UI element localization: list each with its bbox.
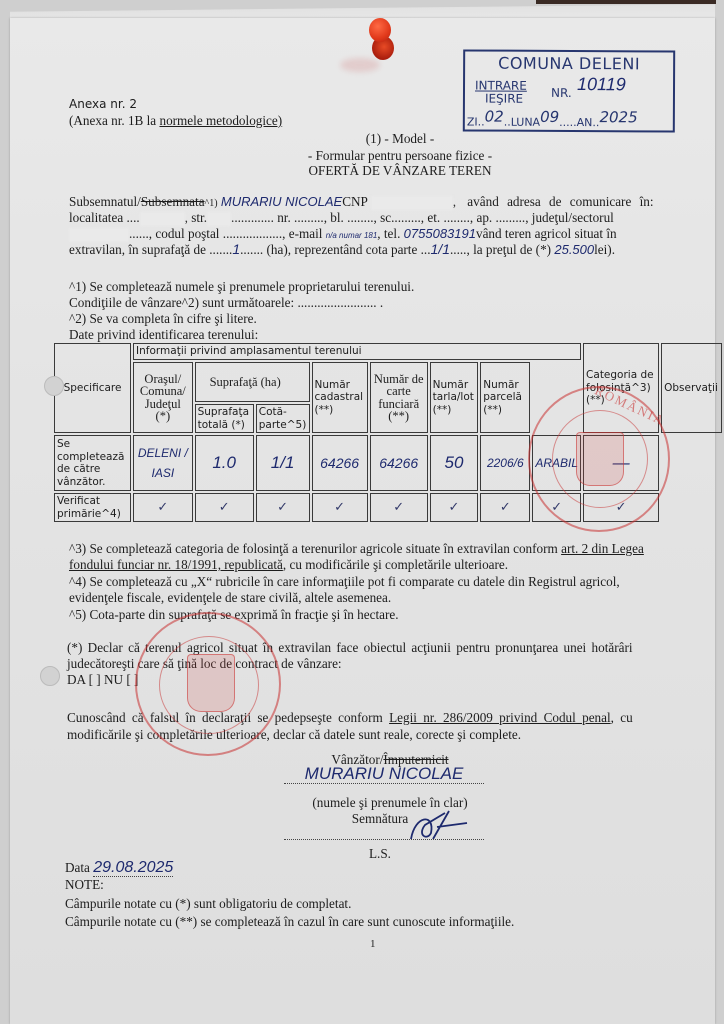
- share-field[interactable]: 1/1: [431, 241, 450, 257]
- nr-bl-labels: nr. ........., bl.: [277, 210, 344, 225]
- cell-oras[interactable]: DELENI / IASI: [133, 435, 193, 491]
- header-oras: Oraşul/ Comuna/ Judeţul (*): [133, 362, 193, 433]
- punch-hole: [40, 666, 60, 686]
- decl-address-intro: având adresa de comunicare în:: [467, 194, 653, 209]
- stamp-intrare: INTRARE: [475, 79, 527, 93]
- decl-subsemnatul: Subsemnatul/: [69, 194, 141, 209]
- decl-subsemnata-strike: Subsemnata: [141, 194, 205, 209]
- check-nr-carte-funciara[interactable]: ✓: [370, 493, 428, 522]
- punch-hole: [44, 376, 64, 396]
- street-label: , str.: [185, 210, 207, 225]
- check-suprafata-totala[interactable]: ✓: [195, 493, 254, 522]
- court-options-da-nu[interactable]: DA [ ] NU [ ]: [67, 672, 138, 688]
- area-label: extravilan, în suprafaţă de: [69, 242, 206, 257]
- seal-placeholder-ls: L.S.: [330, 846, 430, 862]
- note-required: Câmpurile notate cu (*) sunt obligatoriu…: [65, 896, 351, 912]
- header-nr-cadastral: Număr cadastral (**): [312, 362, 368, 433]
- annex-ref-link[interactable]: normele metodologice): [159, 113, 282, 128]
- penal-code-link[interactable]: Legii nr. 286/2009 privind Codul penal: [389, 710, 611, 725]
- header-location-group: Informaţii privind amplasamentul terenul…: [133, 343, 581, 360]
- note-footnote-4: ^4) Se completează cu „X“ rubricile în c…: [69, 574, 620, 590]
- stamp-luna-value: 09: [540, 108, 559, 126]
- date-field[interactable]: 29.08.2025: [93, 859, 173, 877]
- registry-stamp: COMUNA DELENI INTRARE IEŞIRE NR. 10119 Z…: [463, 49, 675, 132]
- note-3-law-link-cont[interactable]: fondului funciar nr. 18/1991, republicat…: [69, 557, 283, 572]
- check-nr-tarla[interactable]: ✓: [430, 493, 479, 522]
- et-label: , et.: [421, 210, 440, 225]
- stamp-iesire: IEŞIRE: [485, 92, 523, 106]
- date-label: Data: [65, 860, 90, 875]
- locality-label: localitatea: [69, 210, 123, 225]
- note-3-tail: , cu modificările şi completările ulteri…: [283, 557, 508, 572]
- signature-line: [284, 839, 484, 840]
- official-seal-table: ROMÂNIA: [528, 386, 670, 532]
- decl-footnote-1: ^1): [205, 198, 218, 209]
- annex-number: Anexa nr. 2: [69, 97, 137, 113]
- red-pushpin-icon: [368, 18, 394, 64]
- cell-suprafata-totala[interactable]: 1.0: [195, 435, 254, 491]
- phone-field[interactable]: 0755083191: [404, 226, 476, 241]
- page-title: OFERTĂ DE VÂNZARE TEREN: [270, 163, 530, 179]
- note-footnote-4-cont: evidenţele fiscale, evidenţele de stare …: [69, 590, 391, 606]
- note-footnote-1: ^1) Se completează numele şi prenumele p…: [69, 279, 414, 295]
- email-field[interactable]: n/a numar 181: [326, 231, 378, 240]
- form-type: - Formular pentru persoane fizice -: [270, 148, 530, 164]
- cnp-label: CNP: [342, 194, 367, 209]
- stamp-title: COMUNA DELENI: [465, 53, 673, 73]
- check-oras[interactable]: ✓: [133, 493, 193, 522]
- stamp-luna-label: LUNA: [511, 116, 540, 129]
- row-label: Se completează de către vânzător.: [54, 435, 131, 491]
- header-suprafata: Suprafaţă (ha): [195, 362, 310, 402]
- annex-reference: (Anexa nr. 1B la normele metodologice): [69, 113, 282, 129]
- currency-label: lei).: [594, 242, 615, 257]
- header-nr-carte-funciara: Număr de carte funciară (**): [370, 362, 428, 433]
- county-field-redacted[interactable]: [69, 228, 129, 242]
- note-optional: Câmpurile notate cu (**) se completează …: [65, 914, 514, 930]
- stamp-zi-label: ZI: [467, 115, 478, 128]
- stamp-nr-label: NR.: [551, 86, 572, 100]
- page-number: 1: [370, 937, 376, 953]
- stamp-date: ZI..02..LUNA09.....AN..2025: [467, 111, 638, 130]
- decl-sells-land: vând teren agricol situat în: [476, 226, 617, 241]
- header-observatii: Observaţii: [661, 343, 722, 433]
- seller-name-field[interactable]: MURARIU NICOLAE: [221, 194, 342, 209]
- cell-cota-parte[interactable]: 1/1: [256, 435, 310, 491]
- declaration-line-2: localitatea ...., str.............. nr. …: [69, 210, 614, 226]
- header-specificare: Specificare: [54, 343, 131, 433]
- price-field[interactable]: 25.500: [554, 242, 594, 257]
- declaration-line-3: ......, codul poştal ..................,…: [69, 226, 617, 244]
- header-nr-tarla: Număr tarla/lot (**): [430, 362, 479, 433]
- postal-code-label: , codul poştal: [149, 226, 220, 241]
- date-row: Data 29.08.2025: [65, 860, 173, 876]
- seller-name-line: MURARIU NICOLAE: [284, 766, 484, 784]
- cell-nr-tarla[interactable]: 50: [430, 435, 479, 491]
- seller-printed-name[interactable]: MURARIU NICOLAE: [305, 764, 464, 783]
- official-seal-declaration: [135, 612, 281, 756]
- note-3-text: ^3) Se completează categoria de folosinţ…: [69, 541, 561, 556]
- stamp-an-value: 2025: [599, 108, 637, 126]
- header-nr-parcela: Număr parcelă (**): [480, 362, 530, 433]
- note-footnote-2: ^2) Se va completa în cifre şi litere.: [69, 311, 257, 327]
- coat-of-arms-icon: [576, 432, 624, 486]
- stamp-zi-value: 02: [485, 108, 504, 126]
- phone-label: , tel.: [377, 226, 400, 241]
- stamp-an-label: AN: [577, 116, 593, 129]
- area-field[interactable]: 1: [232, 241, 240, 257]
- annex-ref-text: (Anexa nr. 1B la: [69, 113, 159, 128]
- model-label: (1) - Model -: [300, 131, 500, 147]
- check-nr-cadastral[interactable]: ✓: [312, 493, 368, 522]
- price-label: , la preţul de (*): [466, 242, 551, 257]
- locality-field-redacted[interactable]: [140, 212, 185, 226]
- sale-conditions: Condiţiile de vânzare^2) sunt următoarel…: [69, 295, 383, 311]
- email-label: , e-mail: [282, 226, 322, 241]
- check-cota-parte[interactable]: ✓: [256, 493, 310, 522]
- background-surface: [536, 0, 716, 4]
- notes-title: NOTE:: [65, 877, 104, 893]
- header-cota-parte: Cotă-parte^5): [256, 404, 310, 433]
- county-label: , judeţul/sectorul: [525, 210, 614, 225]
- row-label: Verificat primărie^4): [54, 493, 131, 522]
- cell-nr-carte-funciara[interactable]: 64266: [370, 435, 428, 491]
- street-field-redacted[interactable]: [207, 212, 231, 226]
- ap-label: , ap.: [470, 210, 492, 225]
- cell-nr-cadastral[interactable]: 64266: [312, 435, 368, 491]
- falsity-statement-cont: modificările şi completările ulterioare,…: [67, 727, 521, 743]
- sc-label: , sc.: [374, 210, 395, 225]
- note-footnote-3-cont: fondului funciar nr. 18/1991, republicat…: [69, 557, 508, 573]
- note-3-law-link[interactable]: art. 2 din Legea: [561, 541, 644, 556]
- cnp-field-redacted[interactable]: [371, 196, 453, 210]
- note-footnote-3: ^3) Se completează categoria de folosinţ…: [69, 541, 644, 557]
- coat-of-arms-icon: [187, 654, 235, 712]
- stamp-nr-value: 10119: [577, 74, 626, 95]
- declaration-line-4: extravilan, în suprafaţă de .......1....…: [69, 242, 615, 258]
- share-label: (ha), reprezentând cota parte: [267, 242, 418, 257]
- declaration-line-1: Subsemnatul/Subsemnata^1) MURARIU NICOLA…: [69, 194, 654, 212]
- header-suprafata-totala: Suprafaţa totală (*): [195, 404, 254, 433]
- falsity-tail: , cu: [611, 710, 633, 725]
- cell-nr-parcela[interactable]: 2206/6: [480, 435, 530, 491]
- check-nr-parcela[interactable]: ✓: [480, 493, 530, 522]
